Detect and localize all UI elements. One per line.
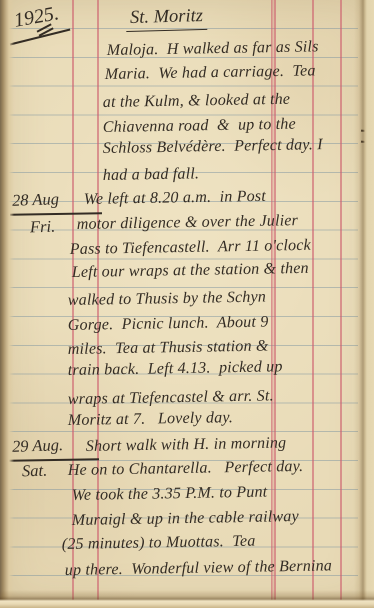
entry-line: Maloja. H walked as far as Sils [107, 38, 319, 60]
left-page-edge [0, 0, 14, 608]
entry-line: Schloss Belvédère. Perfect day. I [103, 136, 323, 158]
entry-line: Chiavenna road & up to the [103, 116, 296, 137]
entry-line: walked to Thusis by the Schyn [68, 289, 267, 310]
entry-line: Moritz at 7. Lovely day. [68, 409, 233, 430]
margin-day: Fri. [30, 217, 56, 238]
entry-line: (25 minutes) to Muottas. Tea [62, 533, 256, 554]
entry-line: train back. Left 4.13. picked up [68, 358, 283, 380]
entry-line: Short walk with H. in morning [86, 435, 287, 456]
margin-date: 28 Aug [12, 189, 60, 211]
entry-line: Gorge. Picnic lunch. About 9 [68, 314, 269, 335]
page-title: St. Moritz [126, 6, 208, 32]
red-margin-line [312, 0, 314, 600]
entry-line: motor diligence & over the Julier [77, 212, 298, 234]
entry-line: miles. Tea at Thusis station & [68, 337, 269, 359]
diary-page: 1925. St. Moritz 28 Aug Fri. 29 Aug. Sat… [0, 0, 374, 608]
red-margin-line [340, 0, 342, 600]
entry-line: had a bad fall. [103, 165, 200, 185]
entry-line: Maria. We had a carriage. Tea [105, 62, 316, 84]
entry-line: at the Kulm, & looked at the [103, 91, 291, 112]
right-page-edge [354, 0, 374, 608]
margin-day: Sat. [22, 461, 48, 482]
bottom-page-edge [0, 590, 374, 608]
entry-line: We left at 8.20 a.m. in Post [84, 188, 266, 209]
margin-date: 29 Aug. [12, 435, 64, 457]
entry-line: We took the 3.35 P.M. to Punt [72, 484, 268, 505]
entry-line: wraps at Tiefencastel & arr. St. [68, 387, 274, 409]
